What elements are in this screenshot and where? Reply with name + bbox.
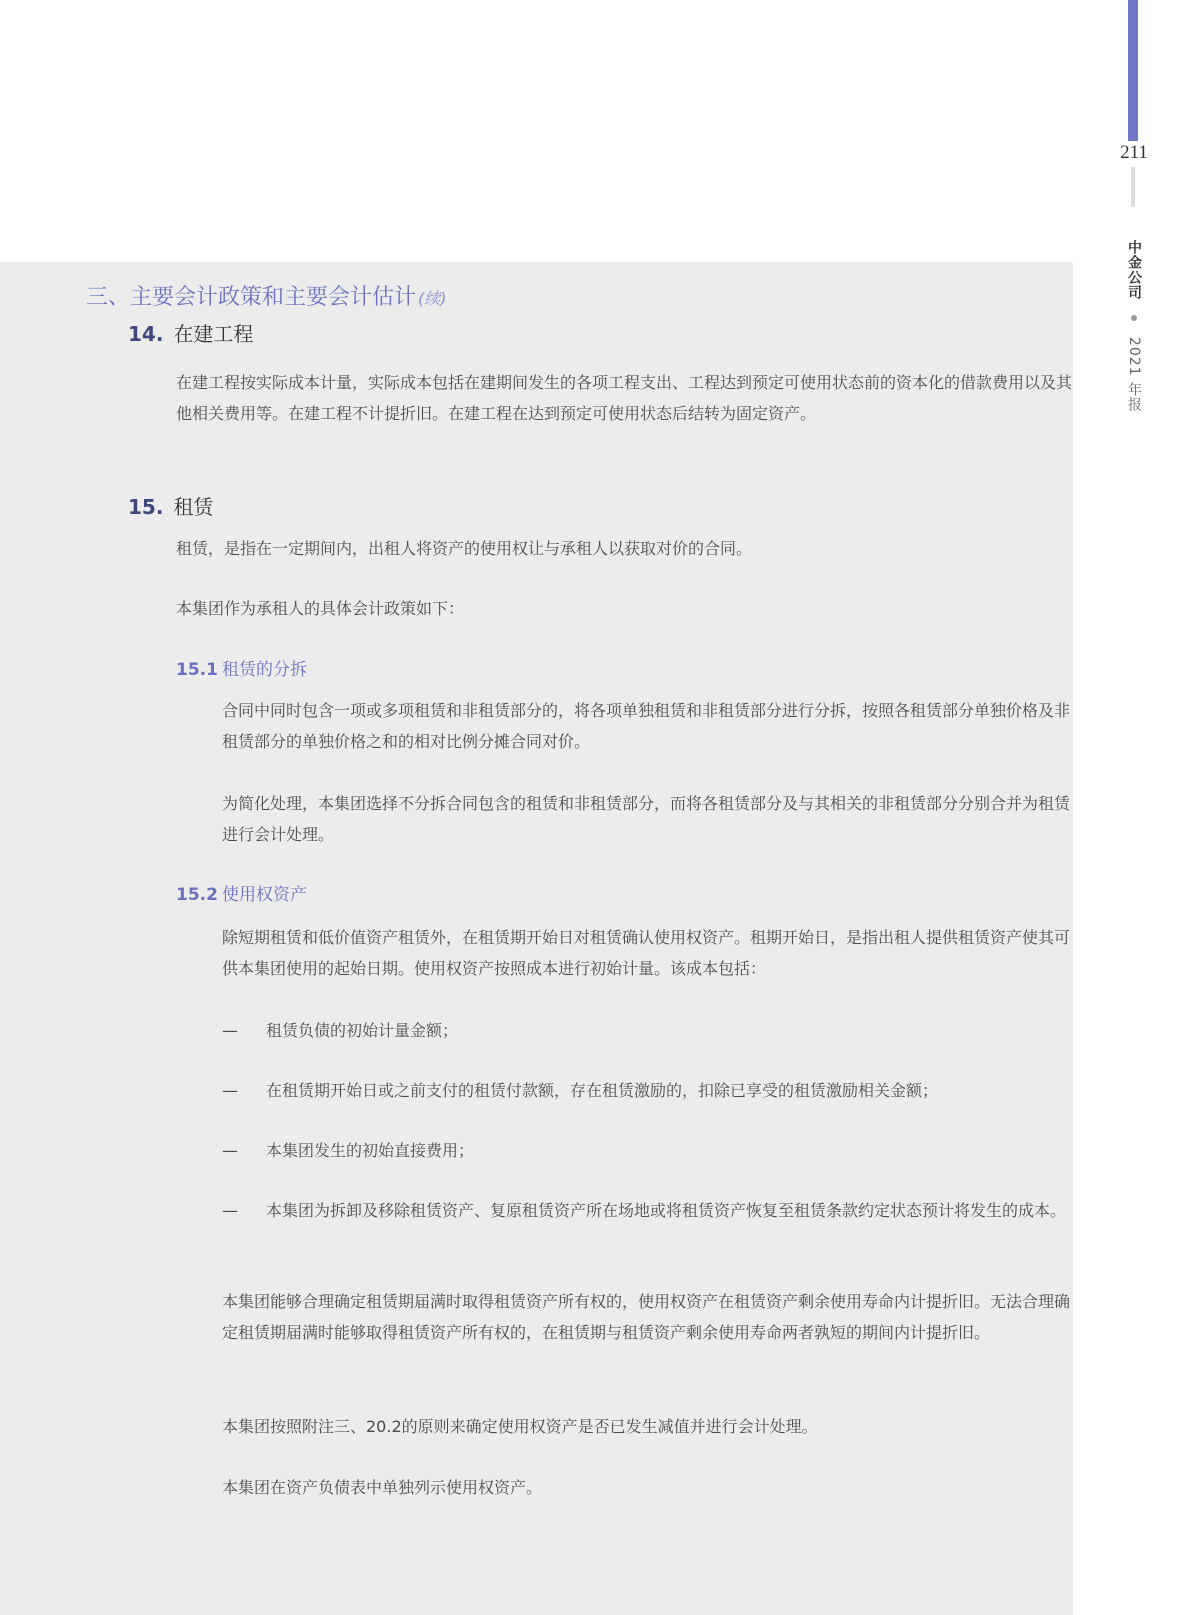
- page-number: 211: [1110, 142, 1158, 164]
- brand-name: 中金公司: [1126, 240, 1142, 300]
- section-number: 15.: [128, 495, 163, 519]
- side-label: 中金公司 2021 年报: [1124, 240, 1144, 412]
- separator-dot-icon: [1131, 315, 1137, 321]
- page-accent-bar: [1128, 0, 1138, 141]
- bullet-item: — 在租赁期开始日或之前支付的租赁付款额，存在租赁激励的，扣除已享受的租赁激励相…: [222, 1075, 1077, 1106]
- dash-bullet-icon: —: [222, 1195, 238, 1226]
- bullet-text: 本集团为拆卸及移除租赁资产、复原租赁资产所在场地或将租赁资产恢复至租赁条款约定状…: [266, 1195, 1077, 1226]
- bullet-item: — 本集团发生的初始直接费用；: [222, 1135, 1077, 1166]
- dash-bullet-icon: —: [222, 1075, 238, 1106]
- subsection-15-1-heading: 15.1租赁的分拆: [176, 655, 307, 680]
- section-14-heading: 14.在建工程: [128, 318, 253, 347]
- subsection-15-2-intro: 除短期租赁和低价值资产租赁外，在租赁期开始日对租赁确认使用权资产。租期开始日，是…: [222, 922, 1077, 984]
- section-15-paragraph-1: 租赁，是指在一定期间内，出租人将资产的使用权让与承租人以获取对价的合同。: [176, 533, 1056, 564]
- chapter-title: 三、主要会计政策和主要会计估计(续): [86, 280, 447, 311]
- bullet-item: — 租赁负债的初始计量金额；: [222, 1015, 1077, 1046]
- chapter-title-text: 三、主要会计政策和主要会计估计: [86, 285, 416, 310]
- subsection-15-2-paragraph-2: 本集团按照附注三、20.2的原则来确定使用权资产是否已发生减值并进行会计处理。: [222, 1411, 1077, 1442]
- bullet-text: 在租赁期开始日或之前支付的租赁付款额，存在租赁激励的，扣除已享受的租赁激励相关金…: [266, 1075, 1077, 1106]
- subsection-15-1-paragraph-1: 合同中同时包含一项或多项租赁和非租赁部分的，将各项单独租赁和非租赁部分进行分拆，…: [222, 695, 1077, 757]
- section-14-paragraph: 在建工程按实际成本计量，实际成本包括在建期间发生的各项工程支出、工程达到预定可使…: [176, 367, 1076, 429]
- subsection-15-2-paragraph-1: 本集团能够合理确定租赁期届满时取得租赁资产所有权的，使用权资产在租赁资产剩余使用…: [222, 1286, 1077, 1348]
- bullet-item: — 本集团为拆卸及移除租赁资产、复原租赁资产所在场地或将租赁资产恢复至租赁条款约…: [222, 1195, 1077, 1226]
- page-divider-bar: [1131, 167, 1135, 207]
- subsection-title: 使用权资产: [222, 885, 307, 905]
- subsection-15-1-paragraph-2: 为简化处理，本集团选择不分拆合同包含的租赁和非租赁部分，而将各租赁部分及与其相关…: [222, 788, 1077, 850]
- dash-bullet-icon: —: [222, 1015, 238, 1046]
- subsection-title: 租赁的分拆: [222, 660, 307, 680]
- section-title: 租赁: [173, 495, 213, 519]
- section-15-heading: 15.租赁: [128, 491, 213, 520]
- subsection-number: 15.2: [176, 885, 218, 905]
- section-number: 14.: [128, 322, 163, 346]
- dash-bullet-icon: —: [222, 1135, 238, 1166]
- bullet-text: 本集团发生的初始直接费用；: [266, 1135, 1077, 1166]
- section-title: 在建工程: [173, 322, 253, 346]
- chapter-continued: (续): [418, 289, 447, 308]
- subsection-number: 15.1: [176, 660, 218, 680]
- report-year: 2021 年报: [1126, 337, 1142, 412]
- section-15-paragraph-2: 本集团作为承租人的具体会计政策如下：: [176, 593, 1056, 624]
- subsection-15-2-heading: 15.2使用权资产: [176, 880, 307, 905]
- subsection-15-2-paragraph-3: 本集团在资产负债表中单独列示使用权资产。: [222, 1472, 1077, 1503]
- bullet-text: 租赁负债的初始计量金额；: [266, 1015, 1077, 1046]
